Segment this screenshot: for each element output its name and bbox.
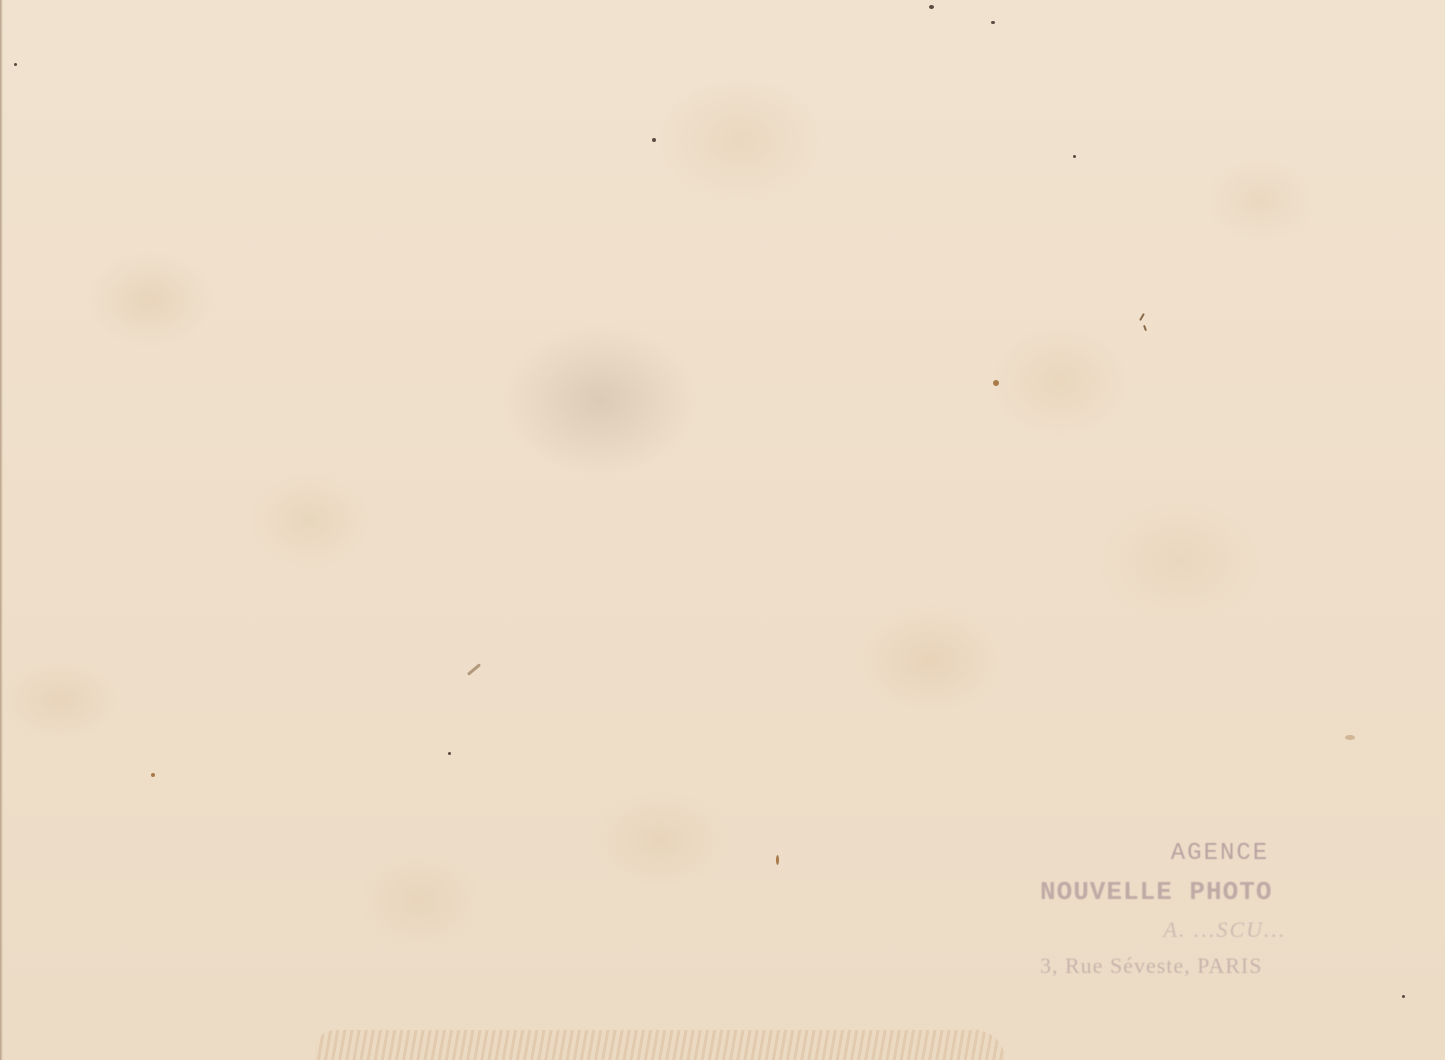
scratch-mark bbox=[1143, 325, 1147, 331]
stamp-line-address: 3, Rue Séveste, PARIS bbox=[1040, 955, 1370, 977]
speck bbox=[929, 5, 934, 9]
scratch-mark bbox=[467, 663, 481, 676]
speck bbox=[1402, 995, 1405, 998]
speck bbox=[652, 138, 656, 142]
stamp-line-agence: AGENCE bbox=[1040, 842, 1370, 866]
speck bbox=[776, 855, 779, 865]
card-left-edge bbox=[0, 0, 3, 1060]
speck bbox=[151, 773, 155, 777]
speck bbox=[1073, 155, 1076, 158]
worn-bottom-edge bbox=[315, 1030, 1005, 1060]
speck bbox=[991, 21, 995, 24]
speck bbox=[993, 380, 999, 386]
photo-card-back: AGENCE NOUVELLE PHOTO A. ...SCU... 3, Ru… bbox=[0, 0, 1445, 1060]
photographer-stamp: AGENCE NOUVELLE PHOTO A. ...SCU... 3, Ru… bbox=[1040, 842, 1370, 977]
speck bbox=[1345, 735, 1355, 740]
speck bbox=[448, 752, 451, 755]
stamp-line-proprietor: A. ...SCU... bbox=[1040, 919, 1370, 941]
speck bbox=[14, 63, 17, 66]
stamp-line-agency-name: NOUVELLE PHOTO bbox=[1040, 879, 1370, 905]
scratch-mark bbox=[1139, 313, 1145, 321]
